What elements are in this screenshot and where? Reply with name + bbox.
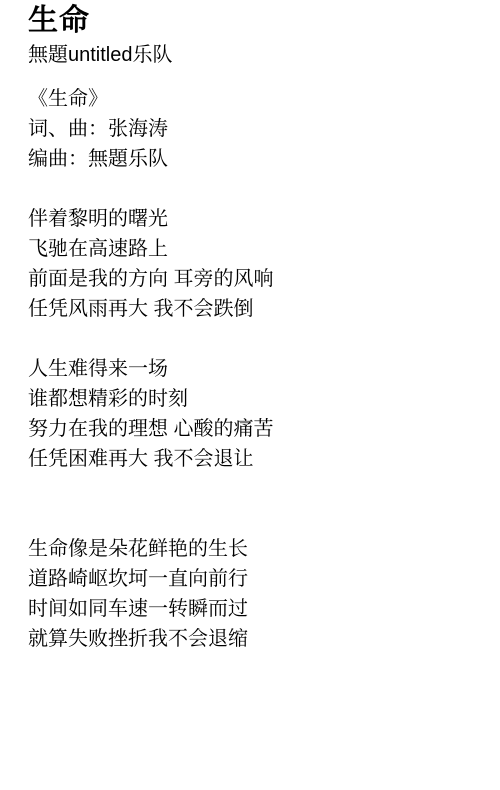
lyrics-page: 生命 無題untitled乐队 《生命》 词、曲：张海涛 编曲：無題乐队 伴着黎… bbox=[0, 0, 500, 790]
lyric-line: 前面是我的方向 耳旁的风响 bbox=[28, 264, 480, 294]
artist-name: 無題untitled乐队 bbox=[28, 42, 480, 68]
lyric-line: 人生难得来一场 bbox=[28, 354, 480, 384]
lyric-line: 道路崎岖坎坷一直向前行 bbox=[28, 564, 480, 594]
lyric-line: 飞驰在高速路上 bbox=[28, 234, 480, 264]
lyric-line-credits-arranger: 编曲：無題乐队 bbox=[28, 144, 480, 174]
lyric-line: 伴着黎明的曙光 bbox=[28, 204, 480, 234]
lyric-line-blank bbox=[28, 504, 480, 534]
lyric-line-credits-writer: 词、曲：张海涛 bbox=[28, 114, 480, 144]
lyric-line: 任凭困难再大 我不会退让 bbox=[28, 444, 480, 474]
lyric-line: 生命像是朵花鲜艳的生长 bbox=[28, 534, 480, 564]
lyric-line-song-title: 《生命》 bbox=[28, 84, 480, 114]
lyric-line: 谁都想精彩的时刻 bbox=[28, 384, 480, 414]
page-title: 生命 bbox=[28, 2, 480, 40]
lyric-line: 就算失败挫折我不会退缩 bbox=[28, 624, 480, 654]
lyric-line: 时间如同车速一转瞬而过 bbox=[28, 594, 480, 624]
lyric-line-blank bbox=[28, 324, 480, 354]
lyrics-block: 《生命》 词、曲：张海涛 编曲：無題乐队 伴着黎明的曙光 飞驰在高速路上 前面是… bbox=[28, 84, 480, 654]
lyric-line-blank bbox=[28, 474, 480, 504]
lyric-line: 任凭风雨再大 我不会跌倒 bbox=[28, 294, 480, 324]
lyric-line: 努力在我的理想 心酸的痛苦 bbox=[28, 414, 480, 444]
lyric-line-blank bbox=[28, 174, 480, 204]
